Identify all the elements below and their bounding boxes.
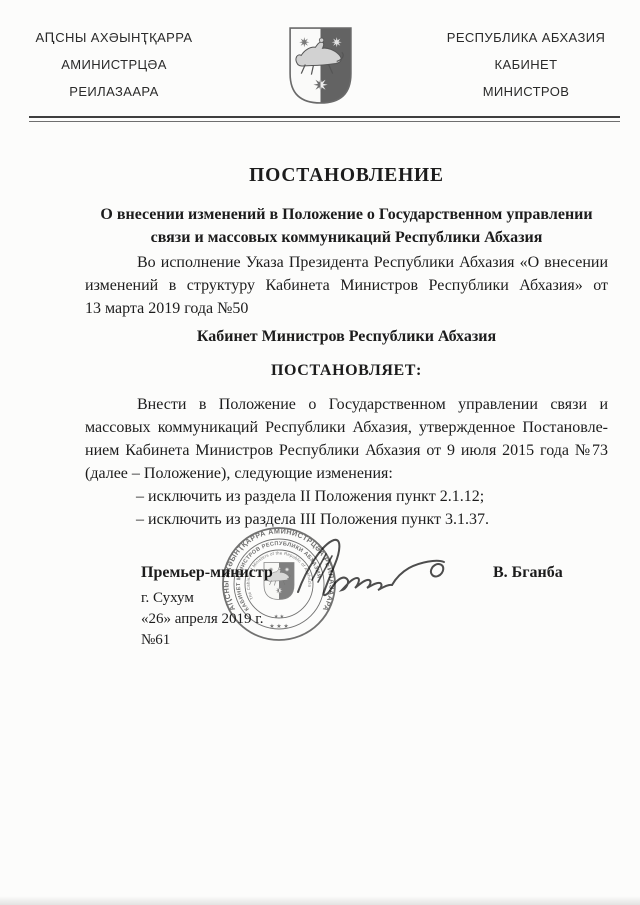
operative-text: Внести в Положение о Государственном упр…	[85, 393, 608, 485]
amendment-items: – исключить из раздела II Положения пунк…	[85, 485, 608, 531]
stamp-stars-middle: ★ ★	[274, 614, 285, 620]
document-title: ПОСТАНОВЛЕНИЕ	[85, 165, 608, 187]
decree-number: №61	[141, 632, 170, 649]
resolves-heading: ПОСТАНОВЛЯЕТ:	[85, 362, 608, 380]
document-page: АԤСНЫ АХӘЫНҬҚАРРААМИНИСТРЦӘАРЕИЛАЗААРА	[0, 0, 640, 905]
signature-city: г. Сухум	[141, 590, 194, 607]
preamble-paragraph: Во исполнение Указа Президента Республик…	[85, 251, 608, 320]
signatory-name: В. Бганба	[493, 564, 563, 582]
abkhazia-coat-of-arms-icon	[288, 27, 353, 104]
header-abkhaz-name: АԤСНЫ АХӘЫНҬҚАРРААМИНИСТРЦӘАРЕИЛАЗААРА	[26, 24, 202, 105]
document-subtitle: О внесении изменений в Положение о Госуд…	[85, 203, 608, 249]
issuing-authority: Кабинет Министров Республики Абхазия	[85, 328, 608, 346]
scan-edge-shadow	[0, 896, 640, 905]
operative-paragraph: Внести в Положение о Государственном упр…	[85, 393, 608, 531]
stamp-stars-outer: ★ ★ ★	[269, 623, 288, 630]
header-divider-rule	[29, 116, 620, 122]
header-russian-name: РЕСПУБЛИКА АБХАЗИЯКАБИНЕТМИНИСТРОВ	[412, 24, 640, 105]
handwritten-signature-icon	[288, 528, 458, 613]
